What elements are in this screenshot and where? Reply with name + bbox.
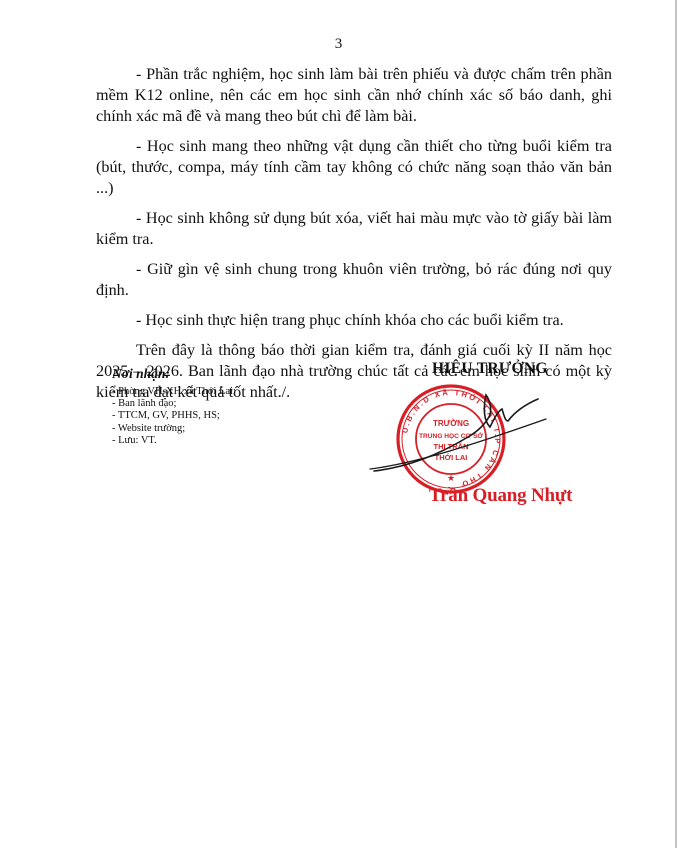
page-number: 3 [0,36,677,53]
paragraph-multiple-choice: - Phần trắc nghiệm, học sinh làm bài trê… [96,64,612,127]
signer-title: HIỆU TRƯỞNG [432,360,548,378]
paragraph-no-correction-pen: - Học sinh không sử dụng bút xóa, viết h… [96,208,612,250]
recipients-title: Nơi nhận: [112,366,352,382]
recipient-item: - Website trường; [112,423,352,435]
handwritten-signature-icon [368,385,548,480]
signer-name: Trần Quang Nhựt [429,485,572,507]
paragraph-uniform: - Học sinh thực hiện trang phục chính kh… [96,310,612,331]
recipients-block: Nơi nhận: - Phòng VH-XH xã Thới Lai; - B… [112,366,352,447]
paragraph-hygiene: - Giữ gìn vệ sinh chung trong khuôn viên… [96,259,612,301]
recipient-item: - TTCM, GV, PHHS, HS; [112,410,352,422]
recipient-item: - Lưu: VT. [112,435,352,447]
recipient-item: - Phòng VH-XH xã Thới Lai; [112,386,352,398]
recipients-list: - Phòng VH-XH xã Thới Lai; - Ban lãnh đạ… [112,386,352,447]
document-body: - Phần trắc nghiệm, học sinh làm bài trê… [96,64,612,403]
recipient-item: - Ban lãnh đạo; [112,398,352,410]
paragraph-supplies: - Học sinh mang theo những vật dụng cần … [96,136,612,199]
